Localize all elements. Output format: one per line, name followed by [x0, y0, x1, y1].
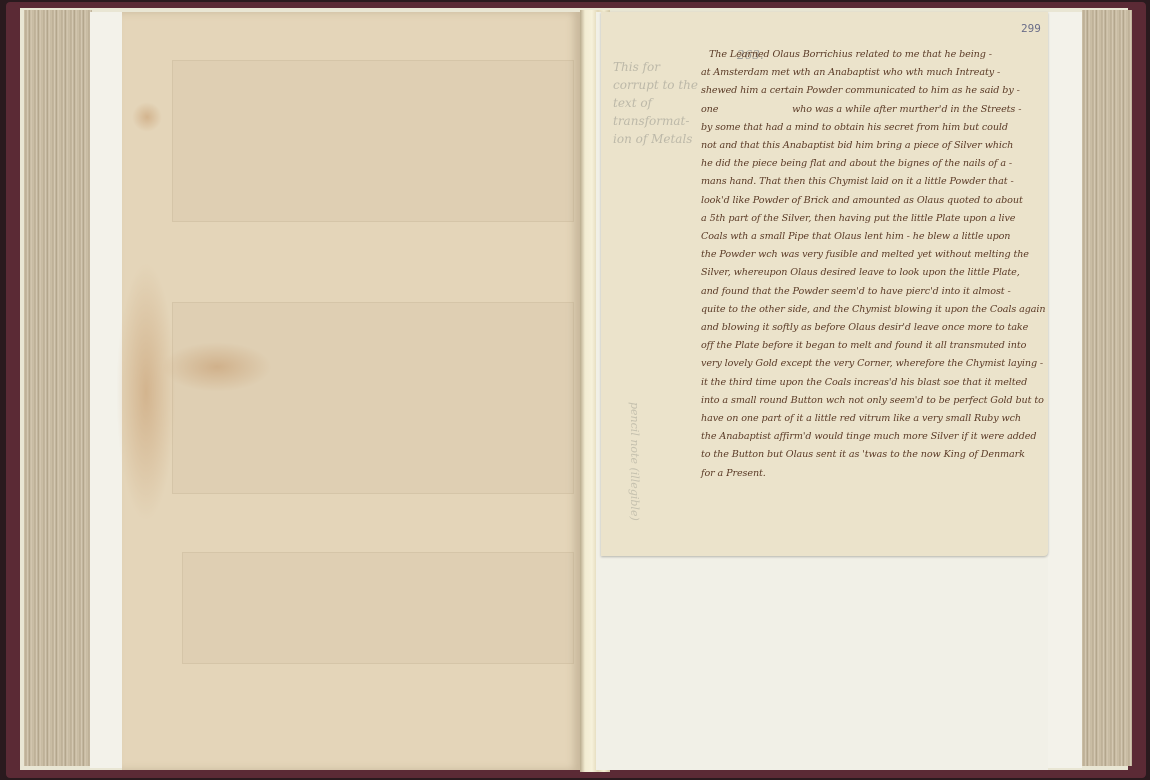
offset-ghost-middle — [172, 302, 574, 494]
text-line: off the Plate before it began to melt an… — [701, 337, 1031, 355]
text-line: Coals wth a small Pipe that Olaus lent h… — [701, 228, 1031, 246]
right-fore-edge — [1082, 10, 1132, 766]
text-line: and blowing it softly as before Olaus de… — [701, 319, 1031, 337]
folio-number: 299 — [1021, 22, 1041, 35]
text-line: shewed him a certain Powder communicated… — [701, 82, 1031, 100]
right-guard-strip — [1048, 12, 1082, 768]
offset-ghost-bottom — [182, 552, 574, 664]
vertical-pencil-note: pencil note (illegible) — [628, 402, 641, 552]
foxing-stain-middle — [162, 342, 272, 392]
text-line: not and that this Anabaptist bid him bri… — [701, 137, 1031, 155]
text-line: The Learned Olaus Borrichius related to … — [701, 46, 1031, 64]
text-line: it the third time upon the Coals increas… — [701, 374, 1031, 392]
text-line: quite to the other side, and the Chymist… — [701, 301, 1031, 319]
foxing-stain-left-edge — [116, 262, 176, 522]
offset-ghost-top — [172, 60, 574, 222]
text-line: the Anabaptist affirm'd would tinge much… — [701, 428, 1031, 446]
text-line: into a small round Button wch not only s… — [701, 392, 1031, 410]
text-line: to the Button but Olaus sent it as 'twas… — [701, 446, 1031, 464]
foxing-spot-top — [132, 102, 162, 132]
text-line: look'd like Powder of Brick and amounted… — [701, 192, 1031, 210]
left-fore-edge — [24, 10, 92, 766]
manuscript-text: The Learned Olaus Borrichius related to … — [701, 46, 1031, 483]
text-line: have on one part of it a little red vitr… — [701, 410, 1031, 428]
text-line: he did the piece being flat and about th… — [701, 155, 1031, 173]
text-line: a 5th part of the Silver, then having pu… — [701, 210, 1031, 228]
text-line: one who was a while after murther'd in t… — [701, 101, 1031, 119]
text-line: for a Present. — [701, 465, 1031, 483]
text-line: and found that the Powder seem'd to have… — [701, 283, 1031, 301]
text-line: mans hand. That then this Chymist laid o… — [701, 173, 1031, 191]
text-line: Silver, whereupon Olaus desired leave to… — [701, 264, 1031, 282]
text-line: at Amsterdam met wth an Anabaptist who w… — [701, 64, 1031, 82]
left-page-blank — [122, 12, 580, 770]
text-line: by some that had a mind to obtain his se… — [701, 119, 1031, 137]
text-line: very lovely Gold except the very Corner,… — [701, 355, 1031, 373]
manuscript-leaf: 299 263. This for corrupt to the text of… — [601, 12, 1048, 556]
text-line: the Powder wch was very fusible and melt… — [701, 246, 1031, 264]
